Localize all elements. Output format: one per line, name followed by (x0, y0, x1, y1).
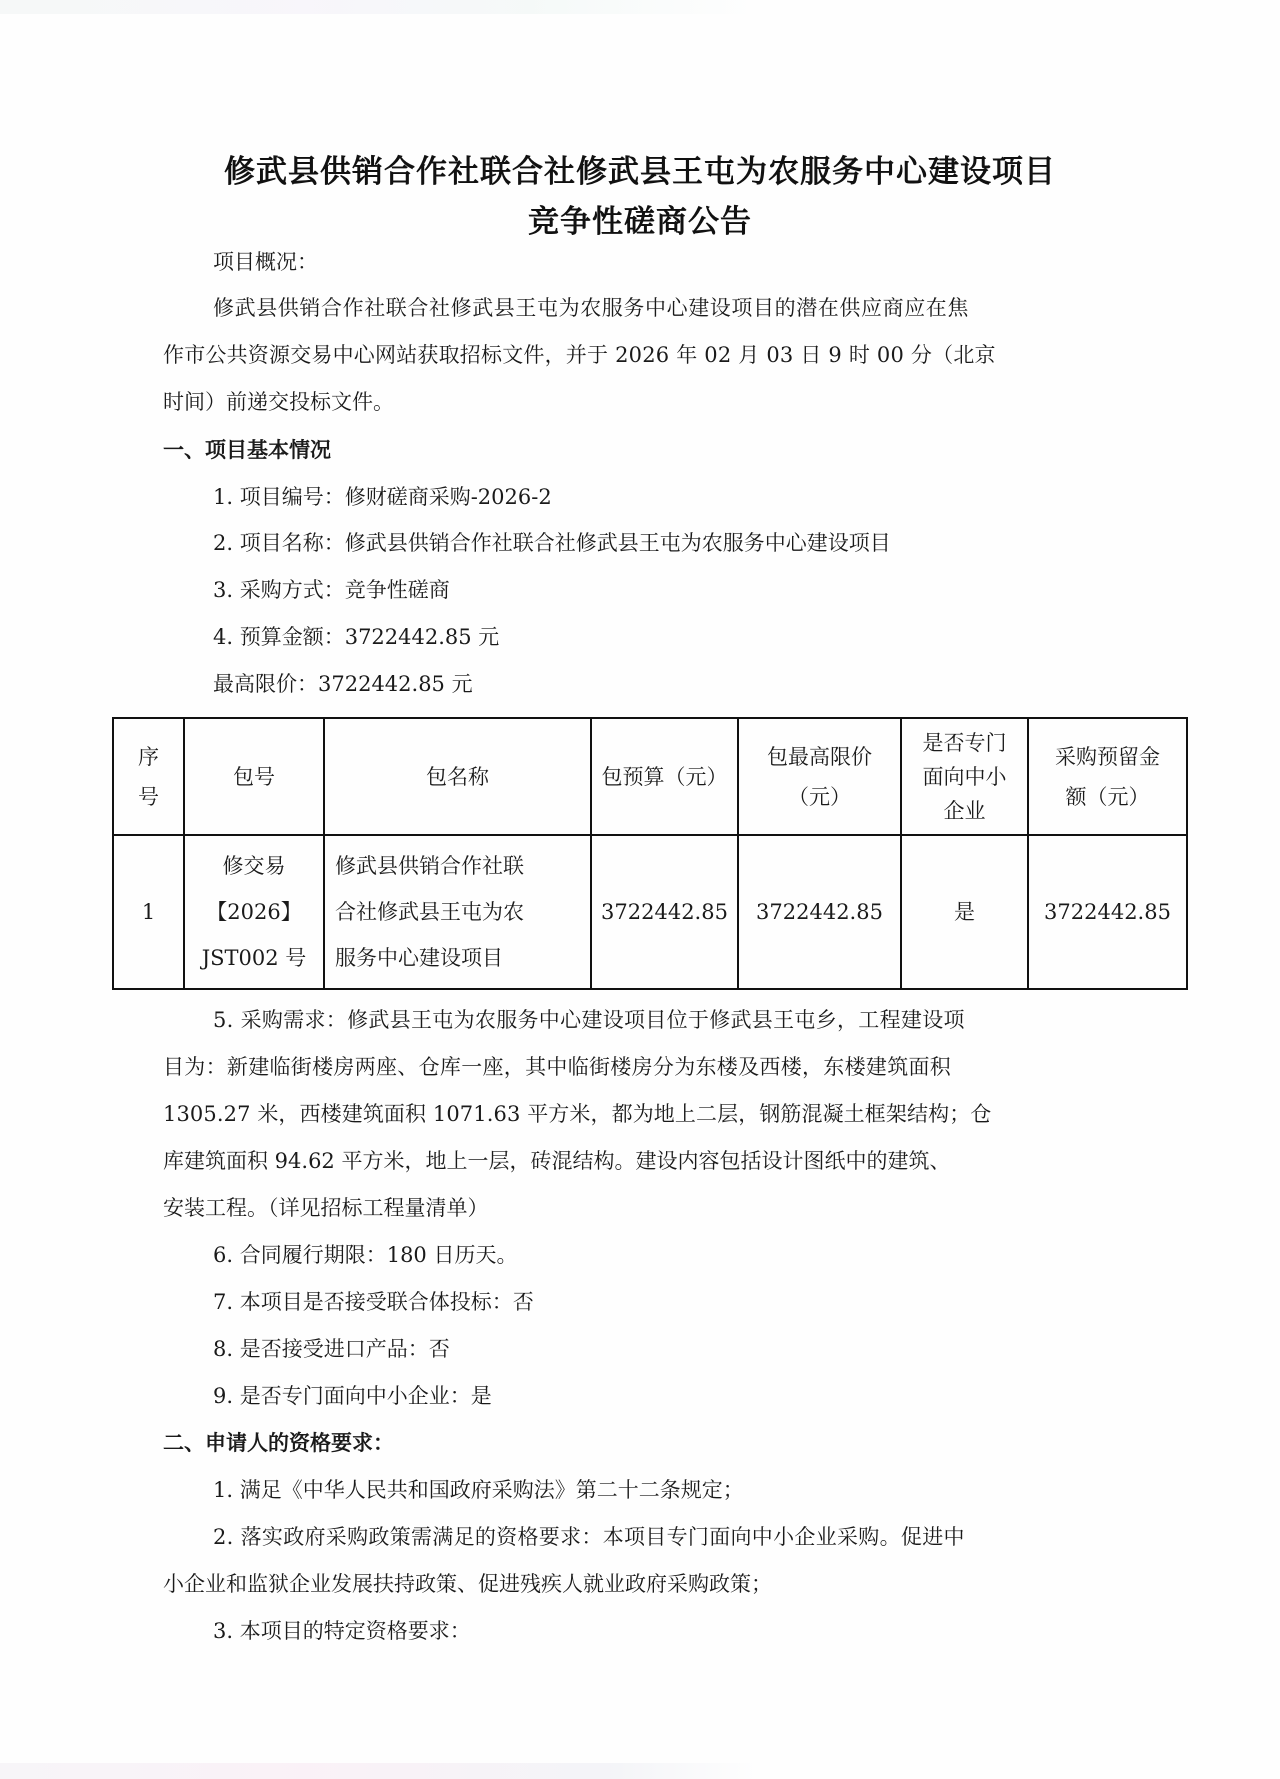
scan-edge-artifact (0, 0, 760, 14)
table-cell-budget: 3722442.85 (592, 836, 737, 988)
table-cell-max-price: 3722442.85 (739, 836, 900, 988)
item-max-price: 最高限价：3722442.85 元 (213, 670, 473, 698)
document-page: 修武县供销合作社联合社修武县王屯为农服务中心建设项目 竞争性磋商公告 项目概况：… (0, 0, 1280, 1779)
table-cell-package-name: 修武县供销合作社联 合社修武县王屯为农 服务中心建设项目 (325, 836, 590, 988)
document-subtitle: 竞争性磋商公告 (0, 196, 1280, 241)
document-title: 修武县供销合作社联合社修武县王屯为农服务中心建设项目 (0, 146, 1280, 191)
qualification-item: 小企业和监狱企业发展扶持政策、促进残疾人就业政府采购政策； (163, 1570, 772, 1598)
table-header-budget: 包预算（元） (592, 719, 737, 834)
item-project-number: 1. 项目编号：修财磋商采购-2026-2 (213, 483, 552, 511)
package-table: 序 号 包号 包名称 包预算（元） 包最高限价 （元） 是否专门 面向中小 企业 (112, 717, 1188, 990)
overview-line: 作市公共资源交易中心网站获取招标文件，并于 2026 年 02 月 03 日 9… (163, 341, 996, 369)
qualification-item: 3. 本项目的特定资格要求： (213, 1617, 471, 1645)
table-header-max-price: 包最高限价 （元） (739, 719, 900, 834)
table-header-package-no: 包号 (185, 719, 323, 834)
overview-line: 修武县供销合作社联合社修武县王屯为农服务中心建设项目的潜在供应商应在焦 (213, 294, 969, 322)
requirement-line: 目为：新建临街楼房两座、仓库一座，其中临街楼房分为东楼及西楼，东楼建筑面积 (163, 1053, 951, 1081)
table-cell-seq: 1 (114, 836, 183, 988)
item-contract-period: 6. 合同履行期限：180 日历天。 (213, 1241, 517, 1269)
requirement-line: 库建筑面积 94.62 平方米，地上一层，砖混结构。建设内容包括设计图纸中的建筑… (163, 1147, 950, 1175)
requirement-line: 5. 采购需求：修武县王屯为农服务中心建设项目位于修武县王屯乡，工程建设项 (213, 1006, 965, 1034)
table-header-seq: 序 号 (114, 719, 183, 834)
item-budget: 4. 预算金额：3722442.85 元 (213, 623, 499, 651)
overview-heading: 项目概况： (213, 248, 318, 276)
item-project-name: 2. 项目名称：修武县供销合作社联合社修武县王屯为农服务中心建设项目 (213, 529, 891, 557)
item-sme: 9. 是否专门面向中小企业：是 (213, 1382, 492, 1410)
table-cell-package-no: 修交易 【2026】 JST002 号 (185, 836, 323, 988)
section-heading: 一、项目基本情况 (163, 436, 331, 464)
overview-line: 时间）前递交投标文件。 (163, 388, 394, 416)
requirement-line: 安装工程。（详见招标工程量清单） (163, 1194, 489, 1222)
item-imports: 8. 是否接受进口产品：否 (213, 1335, 450, 1363)
scan-edge-artifact (0, 1763, 760, 1779)
section-heading: 二、申请人的资格要求： (163, 1429, 394, 1457)
requirement-line: 1305.27 米，西楼建筑面积 1071.63 平方米，都为地上二层，钢筋混凝… (163, 1100, 991, 1128)
item-consortium: 7. 本项目是否接受联合体投标：否 (213, 1288, 534, 1316)
table-header-reserved-amount: 采购预留金 额（元） (1029, 719, 1186, 834)
table-header-sme-only: 是否专门 面向中小 企业 (902, 719, 1027, 834)
table-header-package-name: 包名称 (325, 719, 590, 834)
qualification-item: 1. 满足《中华人民共和国政府采购法》第二十二条规定； (213, 1476, 744, 1504)
item-procurement-method: 3. 采购方式：竞争性磋商 (213, 576, 450, 604)
table-cell-sme-only: 是 (902, 836, 1027, 988)
qualification-item: 2. 落实政府采购政策需满足的资格要求：本项目专门面向中小企业采购。促进中 (213, 1523, 965, 1551)
table-cell-reserved-amount: 3722442.85 (1029, 836, 1186, 988)
